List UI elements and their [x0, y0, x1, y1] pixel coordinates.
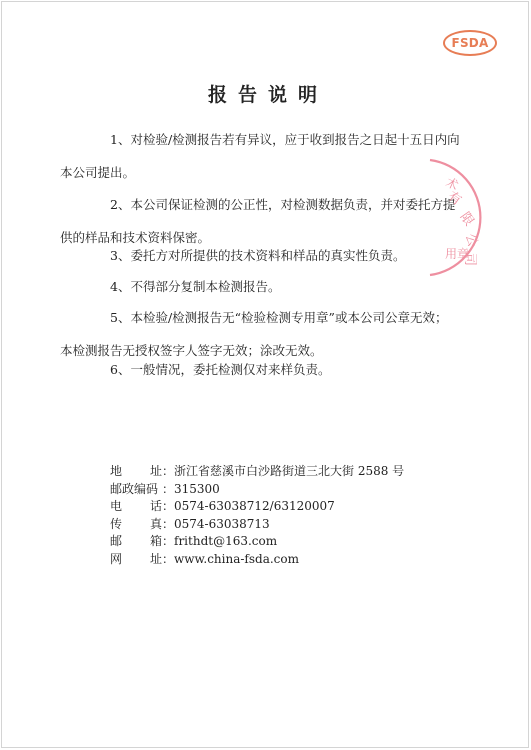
contact-row-phone: 电 话： 0574-63038712/63120007 — [110, 498, 404, 516]
contact-label: 传 — [110, 516, 122, 534]
contact-label-suffix: 址： — [150, 463, 174, 481]
contact-value-address: 浙江省慈溪市白沙路街道三北大街 2588 号 — [174, 463, 404, 481]
contact-label-suffix: 箱： — [150, 533, 174, 551]
contact-label: 地 — [110, 463, 122, 481]
notice-line: 6、一般情况，委托检测仅对来样负责。 — [110, 353, 470, 386]
contact-label: 邮政编码 — [110, 481, 158, 499]
svg-text:用章: 用章 — [445, 246, 469, 261]
notice-item-6: 6、一般情况，委托检测仅对来样负责。 — [85, 353, 470, 386]
contact-label: 网 — [110, 551, 122, 569]
contact-row-email: 邮 箱： frithdt@163.com — [110, 533, 404, 551]
fsda-logo: FSDA — [443, 30, 497, 56]
notice-line: 5、本检验/检测报告无“检验检测专用章”或本公司公章无效； — [110, 301, 470, 334]
contact-value-website[interactable]: www.china-fsda.com — [174, 551, 299, 569]
contact-value-postcode: 315300 — [174, 481, 220, 499]
contact-label-suffix: 址： — [150, 551, 174, 569]
page-title: 报告说明 — [0, 80, 531, 107]
company-seal-stamp: 有 限 公 司 术 用章 — [390, 150, 530, 285]
contact-label-suffix: ： — [162, 481, 174, 499]
contact-label: 电 — [110, 498, 122, 516]
contact-row-website: 网 址： www.china-fsda.com — [110, 551, 404, 569]
seal-icon: 有 限 公 司 术 用章 — [390, 150, 530, 285]
contact-value-phone: 0574-63038712/63120007 — [174, 498, 335, 516]
contact-value-fax: 0574-63038713 — [174, 516, 270, 534]
contact-label: 邮 — [110, 533, 122, 551]
logo-text: FSDA — [452, 36, 489, 50]
contact-row-address: 地 址： 浙江省慈溪市白沙路街道三北大街 2588 号 — [110, 463, 404, 481]
contact-row-fax: 传 真： 0574-63038713 — [110, 516, 404, 534]
contact-label-suffix: 话： — [150, 498, 174, 516]
contact-label-suffix: 真： — [150, 516, 174, 534]
svg-text:限: 限 — [457, 210, 477, 229]
contact-value-email[interactable]: frithdt@163.com — [174, 533, 277, 551]
svg-text:术: 术 — [444, 174, 461, 193]
contact-info: 地 址： 浙江省慈溪市白沙路街道三北大街 2588 号 邮政编码 ： 31530… — [110, 463, 404, 568]
contact-row-postcode: 邮政编码 ： 315300 — [110, 481, 404, 499]
